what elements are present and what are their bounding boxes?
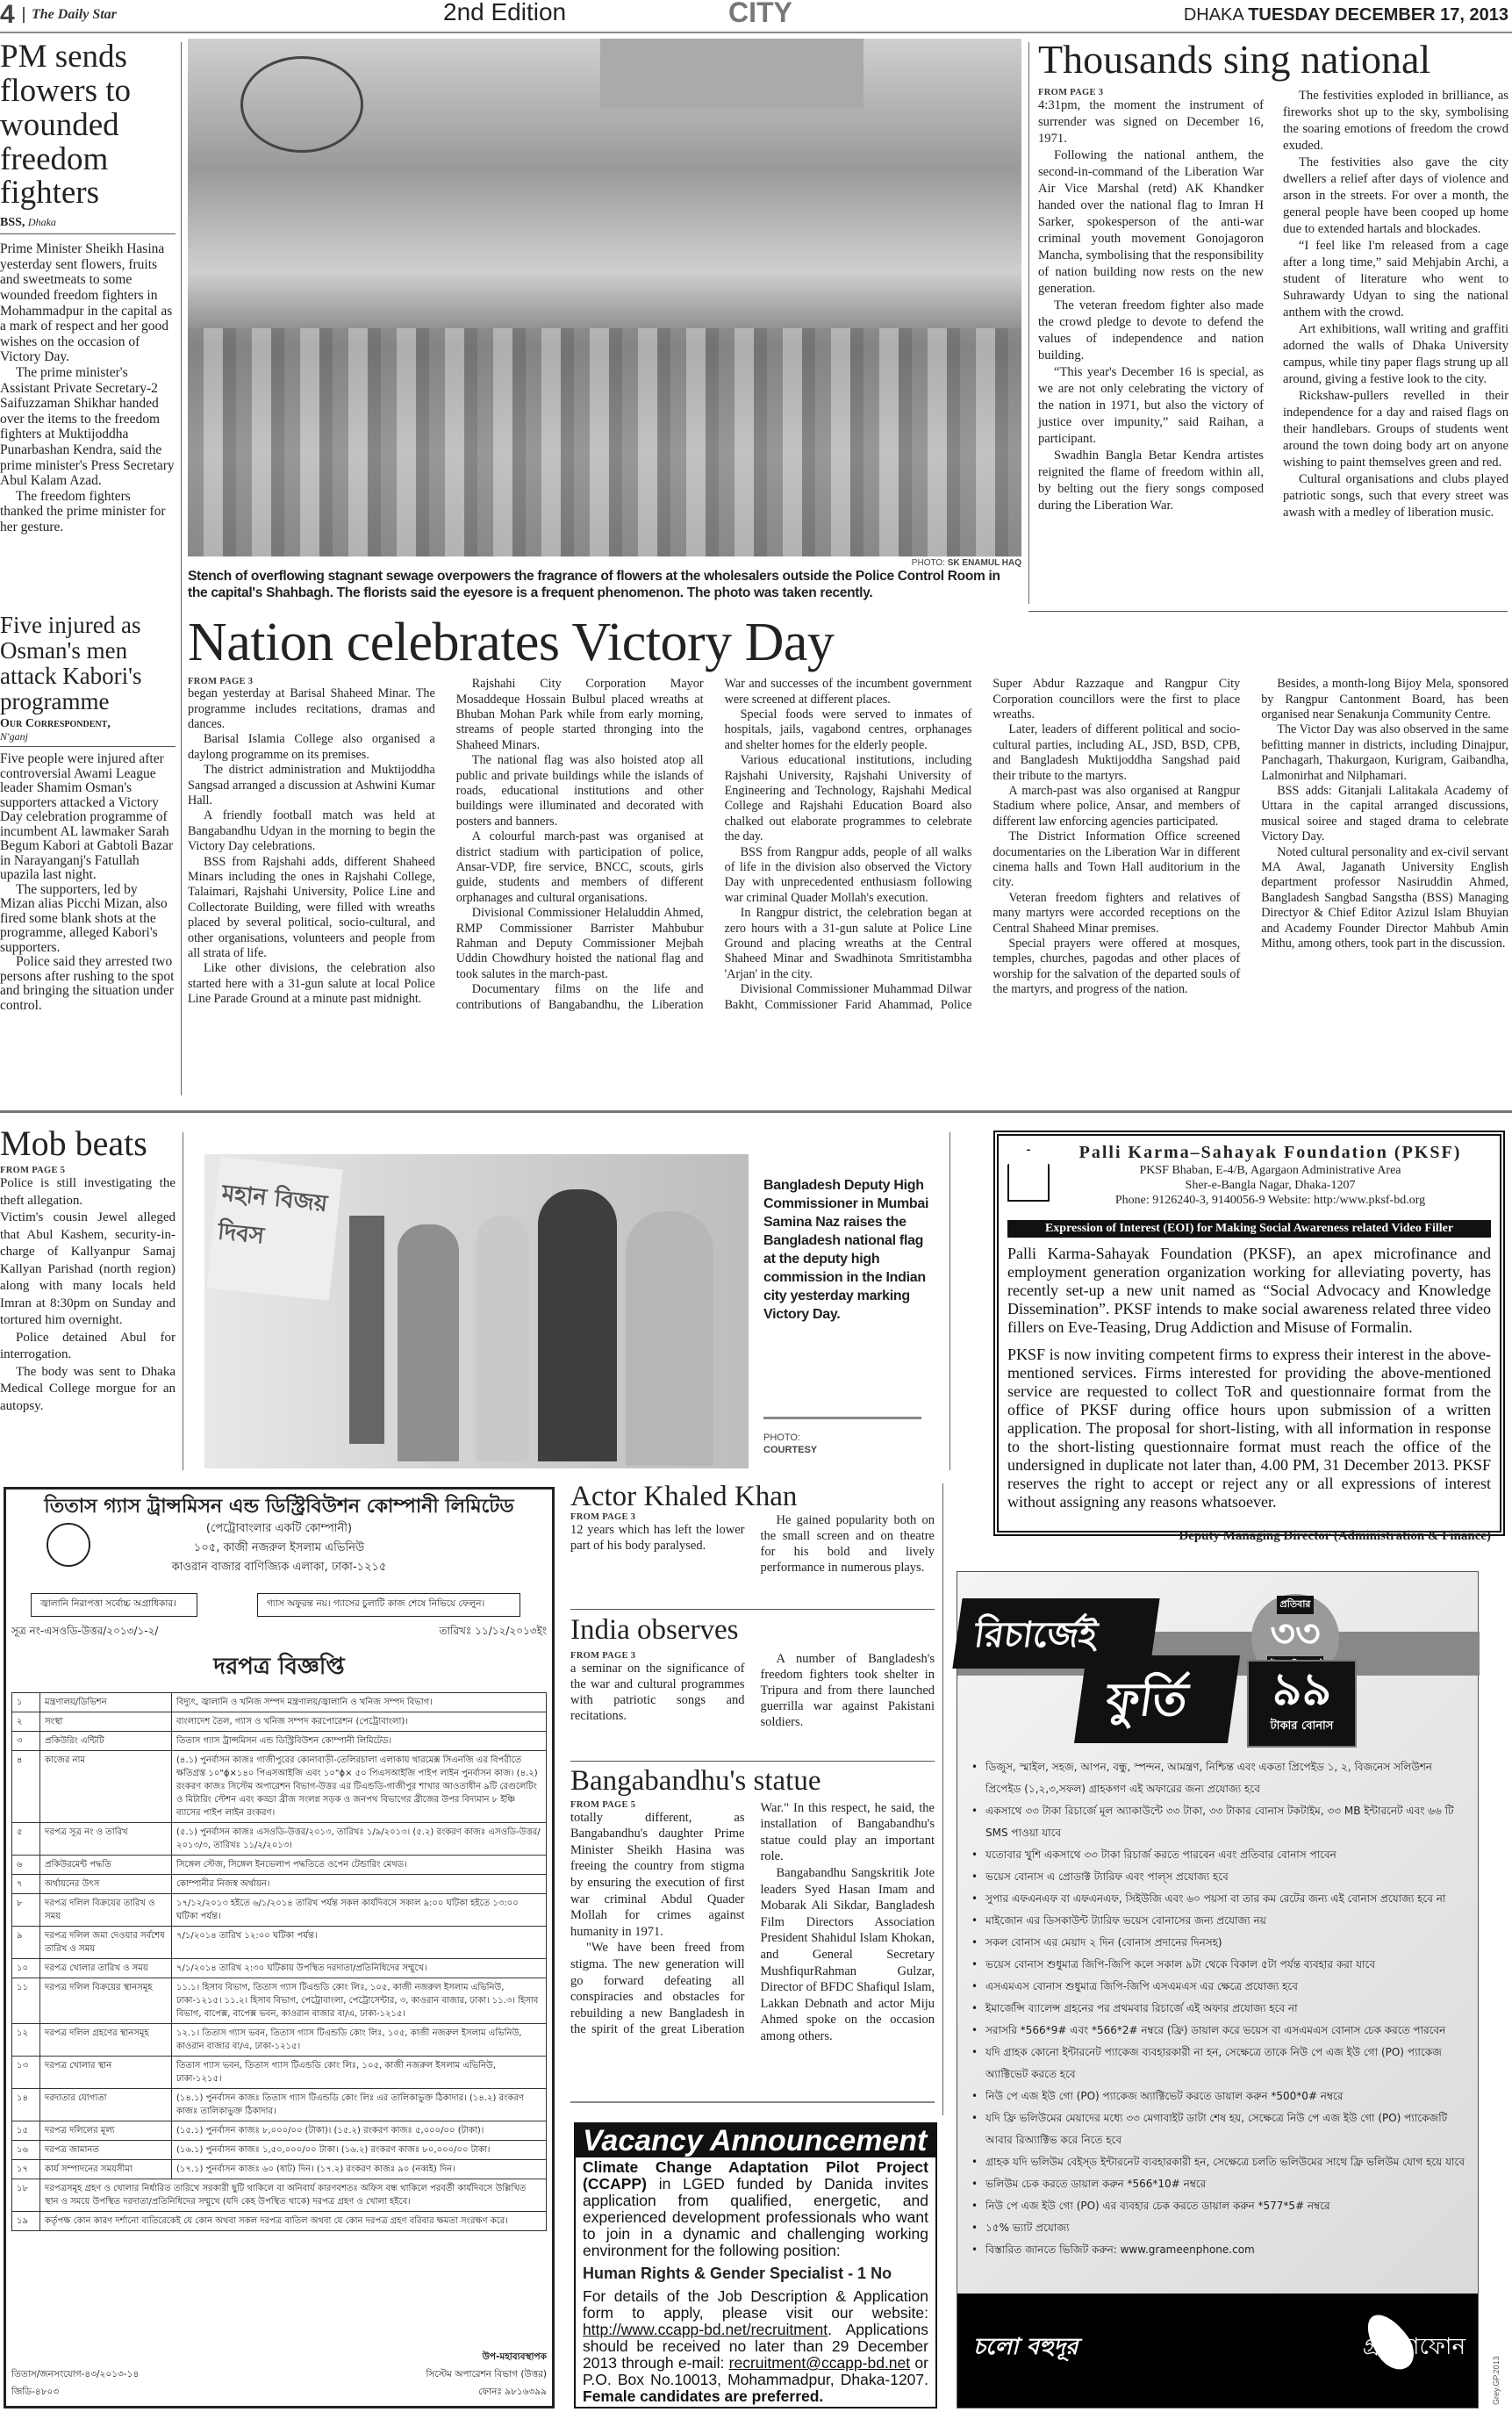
ad-pksf: Palli Karma–Sahayak Foundation (PKSF) PK…	[993, 1131, 1505, 1536]
list-item: যদি ফ্রি ভলিউমের মেয়াদের মধ্যে ৩৩ মেগাব…	[966, 2107, 1469, 2151]
row-number: ৪	[12, 1751, 40, 1823]
headline[interactable]: Thousands sing national	[1038, 39, 1508, 81]
table-row: ১৮দরপত্রসমূহ গ্রহণ ও খোলার নির্ধারিত তার…	[12, 2179, 547, 2212]
table-row: ১৯কর্তৃপক্ষ কোন কারণ দর্শানো ব্যতিরেকেই …	[12, 2212, 547, 2231]
caption-rule	[763, 1417, 921, 1419]
row-value: সিঙ্গেল স্টেজ, সিঙ্গেল ইনভেলাপ পদ্ধতিতে …	[172, 1856, 547, 1875]
list-item: গ্রাহক যদি ভলিউম বেইস্‌ড ইন্টারনেট ব্যবহ…	[966, 2151, 1469, 2173]
ad-titas-tender: তিতাস গ্যাস ট্রান্সমিসন এন্ড ডিস্ট্রিবিউ…	[4, 1487, 555, 2408]
story-thousands-sing: Thousands sing national FROM PAGE 3 4:31…	[1038, 39, 1508, 597]
row-label: দরপত্র দলিল জমা দেওয়ার সর্বশেষ তারিখ ও …	[40, 1927, 172, 1959]
row-value: তিতাস গ্যাস ভবন, তিতাস গ্যাস টিএন্ডডি কো…	[172, 2057, 547, 2089]
section-rule	[0, 1110, 1512, 1113]
vacancy-intro: Climate Change Adaptation Pilot Project …	[576, 2157, 935, 2261]
pksf-title: Palli Karma–Sahayak Foundation (PKSF)	[1050, 1143, 1491, 1163]
list-item: ১৫% ভ্যাট প্রযোজ্য	[966, 2217, 1469, 2239]
row-value: (১৫.১) পুনর্বাসন কাজঃ ৮,০০০/০০ (টাকা)। (…	[172, 2121, 547, 2141]
table-row: ২সংস্থাবাংলাদেশ তৈল, গ্যাস ও খনিজ সম্পদ …	[12, 1712, 547, 1732]
titas-address-1: ১০৫, কাজী নজরুল ইসলাম এভিনিউ	[11, 1539, 547, 1558]
row-number: ১৬	[12, 2141, 40, 2160]
headline[interactable]: India observes	[570, 1615, 935, 1646]
section-rule	[570, 1761, 935, 1762]
banner-text: মহান বিজয় দিবস	[207, 1157, 343, 1301]
byline: BSS, Dhaka	[0, 216, 176, 234]
pksf-para-1: Palli Karma-Sahayak Foundation (PKSF), a…	[1007, 1245, 1491, 1337]
list-item: একসাথে ৩৩ টাকা রিচার্জে মূল অ্যাকাউন্টে …	[966, 1800, 1469, 1844]
row-number: ১৮	[12, 2179, 40, 2212]
titas-slogan-right: গ্যাস অফুরন্ত নয়। গ্যাসের চুলাটি কাজ শে…	[257, 1593, 520, 1617]
rickshaw-wheel-shape	[240, 56, 363, 153]
row-value: ১২.১। তিতাস গ্যাস ভবন, তিতাস গ্যাস টিএন্…	[172, 2024, 547, 2057]
gp-brand: গ্রামীণফোন	[1363, 2329, 1465, 2367]
column-divider	[183, 1132, 183, 1470]
row-value: (১৪.১) পুনর্বাসন কাজঃ তিতাস গ্যাস টিএন্ড…	[172, 2089, 547, 2121]
billboard-shape	[600, 39, 863, 109]
pksf-contact[interactable]: Phone: 9126240-3, 9140056-9 Website: htt…	[1050, 1193, 1491, 1208]
column-divider	[181, 42, 182, 1095]
table-row: ১৬দরপত্র জামানত(১৬.১) পুনর্বাসন কাজঃ ১,৫…	[12, 2141, 547, 2160]
ad-vacancy: Vacancy Announcement Climate Change Adap…	[574, 2122, 937, 2408]
from-page: FROM PAGE 3	[570, 1512, 745, 1522]
vacancy-title: Vacancy Announcement	[576, 2124, 935, 2157]
row-value: কোম্পানীর নিজস্ব অর্থায়ন।	[172, 1875, 547, 1894]
row-number: ৬	[12, 1856, 40, 1875]
row-value: ৭/১/২০১৪ তারিখ ১২:০০ ঘটিকা পর্যন্ত।	[172, 1927, 547, 1959]
titas-company: তিতাস গ্যাস ট্রান্সমিসন এন্ড ডিস্ট্রিবিউ…	[11, 1495, 547, 1519]
from-page: FROM PAGE 3	[188, 677, 435, 686]
person-shape	[626, 1211, 713, 1466]
list-item: মাইজোন এর ডিসকাউন্ট ট্যারিফ ভয়েস বোনাসে…	[966, 1910, 1469, 1932]
pksf-signatory: Deputy Managing Director (Administration…	[1007, 1529, 1491, 1544]
vacancy-details: For details of the Job Description & App…	[576, 2286, 935, 2407]
titas-footer: উপ-মহাব্যবস্থাপক তিতাস/জনসংযোগ-৪৩/২০১৩-১…	[11, 2348, 547, 2401]
row-value: ৭/১/২০১৪ তারিখ ২:৩০ ঘটিকায় উপস্থিত দরদা…	[172, 1959, 547, 1978]
story-pm-flowers: PM sends flowers to wounded freedom figh…	[0, 40, 176, 535]
list-item: সুপার এফএনএফ বা এফএনএফ, সিইউজি এবং ৬০ পয…	[966, 1888, 1469, 1910]
photo-caption: Stench of overflowing stagnant sewage ov…	[188, 568, 1021, 601]
row-label: দরপত্র দলিলের মূল্য	[40, 2121, 172, 2141]
vacancy-email-link[interactable]: recruitment@ccapp-bd.net	[729, 2354, 910, 2372]
titas-subtitle: (পেট্রোবাংলার একটি কোম্পানী)	[11, 1519, 547, 1539]
row-label: দরপত্র জামানত	[40, 2141, 172, 2160]
list-item: ইমার্জেন্সি ব্যালেন্স গ্রহনের পর প্রথমবা…	[966, 1998, 1469, 2020]
story-body: Prime Minister Sheikh Hasina yesterday s…	[0, 241, 176, 535]
row-number: ১৫	[12, 2121, 40, 2141]
row-value: বাংলাদেশ তৈল, গ্যাস ও খনিজ সম্পদ করপোরেশ…	[172, 1712, 547, 1732]
gp-headline-2: ফুর্তি	[1074, 1655, 1240, 1743]
story-body: FROM PAGE 3 4:31pm, the moment the instr…	[1038, 88, 1508, 597]
table-row: ৯দরপত্র দলিল জমা দেওয়ার সর্বশেষ তারিখ ও…	[12, 1927, 547, 1959]
titas-gd-no: জিডি-৪৮০৩	[11, 2383, 59, 2401]
column-divider	[1028, 42, 1029, 604]
list-item: ডিজুস, স্মাইল, সহজ, আপন, বন্ধু, স্পন্দন,…	[966, 1756, 1469, 1800]
from-page: FROM PAGE 3	[1038, 88, 1264, 97]
row-value: তিতাস গ্যাস ট্রান্সমিসন এন্ড ডিস্ট্রিবিউ…	[172, 1732, 547, 1751]
table-row: ৮দরপত্র দলিল বিক্রয়ের তারিখ ও সময়১৭/১২…	[12, 1894, 547, 1927]
person-shape	[538, 1189, 617, 1461]
titas-date: তারিখঃ ১১/১২/২০১৩ইং	[440, 1624, 547, 1641]
photo-credit: PHOTO: SK ENAMUL HAQ	[188, 558, 1021, 568]
table-row: ১৫দরপত্র দলিলের মূল্য(১৫.১) পুনর্বাসন কা…	[12, 2121, 547, 2141]
headline[interactable]: Actor Khaled Khan	[570, 1482, 935, 1512]
row-value: (৫.১) পুনর্বাসন কাজঃ এসওডি-উত্তর/২০১৩, ত…	[172, 1823, 547, 1856]
table-row: ৭অর্থায়নের উৎসকোম্পানীর নিজস্ব অর্থায়ন…	[12, 1875, 547, 1894]
story-body: FROM PAGE 3 12 years which has left the …	[570, 1512, 935, 1593]
vacancy-position: Human Rights & Gender Specialist - 1 No	[576, 2261, 935, 2286]
column-divider	[949, 1132, 950, 1470]
section-rule	[1028, 611, 1508, 612]
row-label: অর্থায়নের উৎস	[40, 1875, 172, 1894]
titas-slogan-left: জ্বালানি নিরাপত্তা সর্বোচ্চ অগ্রাধিকার।	[31, 1593, 197, 1617]
table-row: ১১দরপত্র দলিল বিক্রয়ের স্থানসমূহ১১.১। হ…	[12, 1978, 547, 2024]
story-india-observes: India observes FROM PAGE 3 a seminar on …	[570, 1615, 935, 1749]
row-label: সংস্থা	[40, 1712, 172, 1732]
row-value: (১৬.১) পুনর্বাসন কাজঃ ১,৫০,০০০/০০ টাকা। …	[172, 2141, 547, 2160]
row-number: ২	[12, 1712, 40, 1732]
story-body: FROM PAGE 3 a seminar on the significanc…	[570, 1651, 935, 1749]
table-row: ১৩দরপত্র খোলার স্থানতিতাস গ্যাস ভবন, তিত…	[12, 2057, 547, 2089]
section-rule	[570, 2101, 935, 2103]
row-number: ১৭	[12, 2160, 40, 2179]
story-body: FROM PAGE 3 began yesterday at Barisal S…	[188, 677, 1508, 1105]
person-shape	[398, 1224, 459, 1461]
row-label: প্রকিউরিং এন্টিটি	[40, 1732, 172, 1751]
pksf-header: Palli Karma–Sahayak Foundation (PKSF) PK…	[1007, 1143, 1491, 1208]
gp-bonus-box: ৯৯ টাকার বোনাস	[1247, 1660, 1357, 1748]
vacancy-website-link[interactable]: http://www.ccapp-bd.net/recruitment	[583, 2321, 828, 2338]
titas-signatory-dept: সিস্টেম অপারেশন বিভাগ (উত্তর)	[426, 2365, 547, 2383]
row-label: দরপত্র দলিল বিক্রয়ের তারিখ ও সময়	[40, 1894, 172, 1927]
row-number: ৫	[12, 1823, 40, 1856]
table-row: ১মন্ত্রণালয়/ডিভিশনবিদ্যুৎ, জ্বালানি ও খ…	[12, 1693, 547, 1712]
row-label: কাজের নাম	[40, 1751, 172, 1823]
story-body: FROM PAGE 5 totally different, as Bangab…	[570, 1800, 935, 2090]
table-row: ১৪দরদাতার যোগ্যতা(১৪.১) পুনর্বাসন কাজঃ ত…	[12, 2089, 547, 2121]
gp-terms-list: ডিজুস, স্মাইল, সহজ, আপন, বন্ধু, স্পন্দন,…	[957, 1756, 1478, 2261]
headline[interactable]: Nation celebrates Victory Day	[188, 614, 1508, 671]
row-number: ১১	[12, 1978, 40, 2024]
section-label: CITY	[718, 0, 803, 29]
list-item: সরাসরি *566*9# এবং *566*2# নম্বরে (ফ্রি)…	[966, 2020, 1469, 2042]
list-item: নিউ পে এজ ইউ গো (PO) প্যাকেজ অ্যাক্টিভেট…	[966, 2085, 1469, 2107]
titas-ref-no: সূত্র নং-এসওডি-উত্তর/২০১৩/১-২/	[11, 1624, 158, 1641]
story-body: Police is still investigating the theft …	[0, 1175, 176, 1415]
gp-footer: চলো বহুদূর গ্রামীণফোন	[957, 2294, 1478, 2408]
row-label: কার্য সম্পাদনের সময়সীমা	[40, 2160, 172, 2179]
story-khaled-khan: Actor Khaled Khan FROM PAGE 3 12 years w…	[570, 1482, 935, 1593]
photo-image: মহান বিজয় দিবস	[204, 1154, 749, 1468]
table-row: ৫দরপত্র সূত্র নং ও তারিখ(৫.১) পুনর্বাসন …	[12, 1823, 547, 1856]
headline[interactable]: PM sends flowers to wounded freedom figh…	[0, 40, 176, 211]
row-number: ১৯	[12, 2212, 40, 2231]
story-mob-beats: Mob beats FROM PAGE 5 Police is still in…	[0, 1125, 176, 1415]
table-row: ৪কাজের নাম(৪.১) পুনর্বাসন কাজঃ গাজীপুরের…	[12, 1751, 547, 1823]
story-nation-victory-day: Nation celebrates Victory Day FROM PAGE …	[188, 614, 1508, 1105]
row-label: মন্ত্রণালয়/ডিভিশন	[40, 1693, 172, 1712]
pksf-para-2: PKSF is now inviting competent firms to …	[1007, 1346, 1491, 1511]
story-bangabandhu-statue: Bangabandhu's statue FROM PAGE 5 totally…	[570, 1766, 935, 2090]
from-page: FROM PAGE 3	[570, 1651, 745, 1661]
pksf-address-2: Sher-e-Bangla Nagar, Dhaka-1207	[1050, 1178, 1491, 1193]
titas-phone: ফোনঃ ৯৮১৬৩৯৯	[478, 2383, 547, 2401]
dateline: DHAKA TUESDAY DECEMBER 17, 2013	[1184, 5, 1508, 25]
byline: Our Correspondent,N'ganj	[0, 718, 176, 747]
edition-label: 2nd Edition	[443, 0, 566, 26]
list-item: যদি গ্রাহক কোনো ইন্টারনেট প্যাকেজ ব্যবহা…	[966, 2042, 1469, 2085]
list-item: এসএমএস বোনাস শুধুমাত্র জিপি-জিপি এসএমএস …	[966, 1976, 1469, 1998]
headline[interactable]: Bangabandhu's statue	[570, 1766, 935, 1797]
mumbai-caption-box: Bangladesh Deputy High Commissioner in M…	[763, 1176, 930, 1456]
row-number: ১৩	[12, 2057, 40, 2089]
list-item: বিস্তারিত জানতে ভিজিট করুন: www.grameenp…	[966, 2239, 1469, 2261]
section-rule	[570, 1609, 935, 1610]
photo-caption: Bangladesh Deputy High Commissioner in M…	[763, 1176, 930, 1324]
story-body: Five people were injured after controver…	[0, 752, 176, 1013]
titas-notice-title: দরপত্র বিজ্ঞপ্তি	[11, 1648, 547, 1687]
gp-tagline: চলো বহুদূর	[973, 2329, 1078, 2367]
list-item: সকল বোনাস এর মেয়াদ ২ দিন (বোনাস প্রদানে…	[966, 1932, 1469, 1954]
flag-shape	[349, 1216, 384, 1444]
row-value: দরপত্রসমূহ গ্রহণ ও খোলার নির্ধারিত তারিখ…	[40, 2179, 547, 2212]
row-value: কর্তৃপক্ষ কোন কারণ দর্শানো ব্যতিরেকেই যে…	[40, 2212, 547, 2231]
pksf-address-1: PKSF Bhaban, E-4/B, Agargaon Administrat…	[1050, 1163, 1491, 1178]
pksf-logo-icon	[1007, 1149, 1050, 1202]
table-row: ১২দরপত্র দলিল গ্রহণের স্থানসমূহ১২.১। তিত…	[12, 2024, 547, 2057]
from-page: FROM PAGE 5	[0, 1166, 176, 1175]
list-item: নিউ পে এজ ইউ গো (PO) এর ব্যবহার চেক করতে…	[966, 2195, 1469, 2217]
row-label: দরপত্র খোলার স্থান	[40, 2057, 172, 2089]
photo-shahbagh: PHOTO: SK ENAMUL HAQ Stench of overflowi…	[188, 39, 1021, 590]
titas-signatory-title: উপ-মহাব্যবস্থাপক	[483, 2348, 547, 2365]
headline[interactable]: Mob beats	[0, 1125, 176, 1162]
row-value: বিদ্যুৎ, জ্বালানি ও খনিজ সম্পদ মন্ত্রণাল…	[172, 1693, 547, 1712]
titas-pr-no: তিতাস/জনসংযোগ-৪৩/২০১৩-১৪	[11, 2365, 139, 2383]
row-label: দরপত্র খোলার তারিখ ও সময়	[40, 1959, 172, 1978]
table-row: ৩প্রকিউরিং এন্টিটিতিতাস গ্যাস ট্রান্সমিস…	[12, 1732, 547, 1751]
gp-banner: রিচার্জেই ফুর্তি প্রতিবার ৩৩ টাকা রিচার্…	[957, 1572, 1478, 1756]
row-value: (১৭.১) পুনর্বাসন কাজঃ ৬০ (ষাট) দিন। (১৭.…	[172, 2160, 547, 2179]
row-label: দরপত্র সূত্র নং ও তারিখ	[40, 1823, 172, 1856]
row-label: দরদাতার যোগ্যতা	[40, 2089, 172, 2121]
row-value: ১১.১। হিসাব বিভাগ, তিতাস গ্যাস টিএন্ডডি …	[172, 1978, 547, 2024]
row-number: ৮	[12, 1894, 40, 1927]
row-label: দরপত্র দলিল গ্রহণের স্থানসমূহ	[40, 2024, 172, 2057]
row-value: (৪.১) পুনর্বাসন কাজঃ গাজীপুরের কোনাবাড়ী…	[172, 1751, 547, 1823]
row-value: ১৭/১২/২০১৩ হইতে ৬/১/২০১৪ তারিখ পর্যন্ত স…	[172, 1894, 547, 1927]
list-item: ভয়েস বোনাস এ প্রোডাক্ট ট্যারিফ এবং পাল্…	[966, 1866, 1469, 1888]
photo-image	[188, 39, 1021, 556]
row-number: ৭	[12, 1875, 40, 1894]
row-label: দরপত্র দলিল বিক্রয়ের স্থানসমূহ	[40, 1978, 172, 2024]
row-number: ৩	[12, 1732, 40, 1751]
row-number: ১২	[12, 2024, 40, 2057]
table-row: ১৭কার্য সম্পাদনের সময়সীমা(১৭.১) পুনর্বা…	[12, 2160, 547, 2179]
row-number: ১০	[12, 1959, 40, 1978]
headline[interactable]: Five injured as Osman's men attack Kabor…	[0, 613, 176, 714]
page-number: 4	[0, 0, 15, 30]
table-row: ৬প্রকিউরমেন্ট পদ্ধতিসিঙ্গেল স্টেজ, সিঙ্গ…	[12, 1856, 547, 1875]
person-shape	[477, 1216, 529, 1461]
table-row: ১০দরপত্র খোলার তারিখ ও সময়৭/১/২০১৪ তারি…	[12, 1959, 547, 1978]
column-divider	[942, 1483, 943, 2115]
from-page: FROM PAGE 5	[570, 1800, 745, 1810]
titas-tender-table: ১মন্ত্রণালয়/ডিভিশনবিদ্যুৎ, জ্বালানি ও খ…	[11, 1692, 547, 2231]
agency-code: Grey.GP.2013	[1492, 2356, 1501, 2405]
reflection-shape	[188, 328, 1021, 556]
row-label: প্রকিউরমেন্ট পদ্ধতি	[40, 1856, 172, 1875]
masthead: 4 The Daily Star 2nd Edition CITY DHAKA …	[0, 0, 1512, 33]
row-number: ১	[12, 1693, 40, 1712]
eoi-banner: Expression of Interest (EOI) for Making …	[1007, 1220, 1491, 1238]
ad-grameenphone: রিচার্জেই ফুর্তি প্রতিবার ৩৩ টাকা রিচার্…	[957, 1571, 1479, 2408]
paper-logo: The Daily Star	[23, 7, 117, 23]
photo-credit: PHOTO:COURTESY	[763, 1432, 930, 1456]
list-item: ভলিউম চেক করতে ডায়াল করুন *566*10# নম্ব…	[966, 2173, 1469, 2195]
list-item: যতোবার খুশি একসাথে ৩৩ টাকা রিচার্জ করতে …	[966, 1844, 1469, 1866]
row-number: ৯	[12, 1927, 40, 1959]
titas-logo-icon	[47, 1523, 90, 1567]
story-kabori: Five injured as Osman's men attack Kabor…	[0, 613, 176, 1013]
photo-mumbai: মহান বিজয় দিবস	[204, 1154, 749, 1468]
list-item: ভয়েস বোনাস শুধুমাত্র জিপি-জিপি কলে সকাল…	[966, 1954, 1469, 1976]
row-number: ১৪	[12, 2089, 40, 2121]
titas-address-2: কাওরান বাজার বাণিজ্যিক এলাকা, ঢাকা-১২১৫	[11, 1558, 547, 1577]
